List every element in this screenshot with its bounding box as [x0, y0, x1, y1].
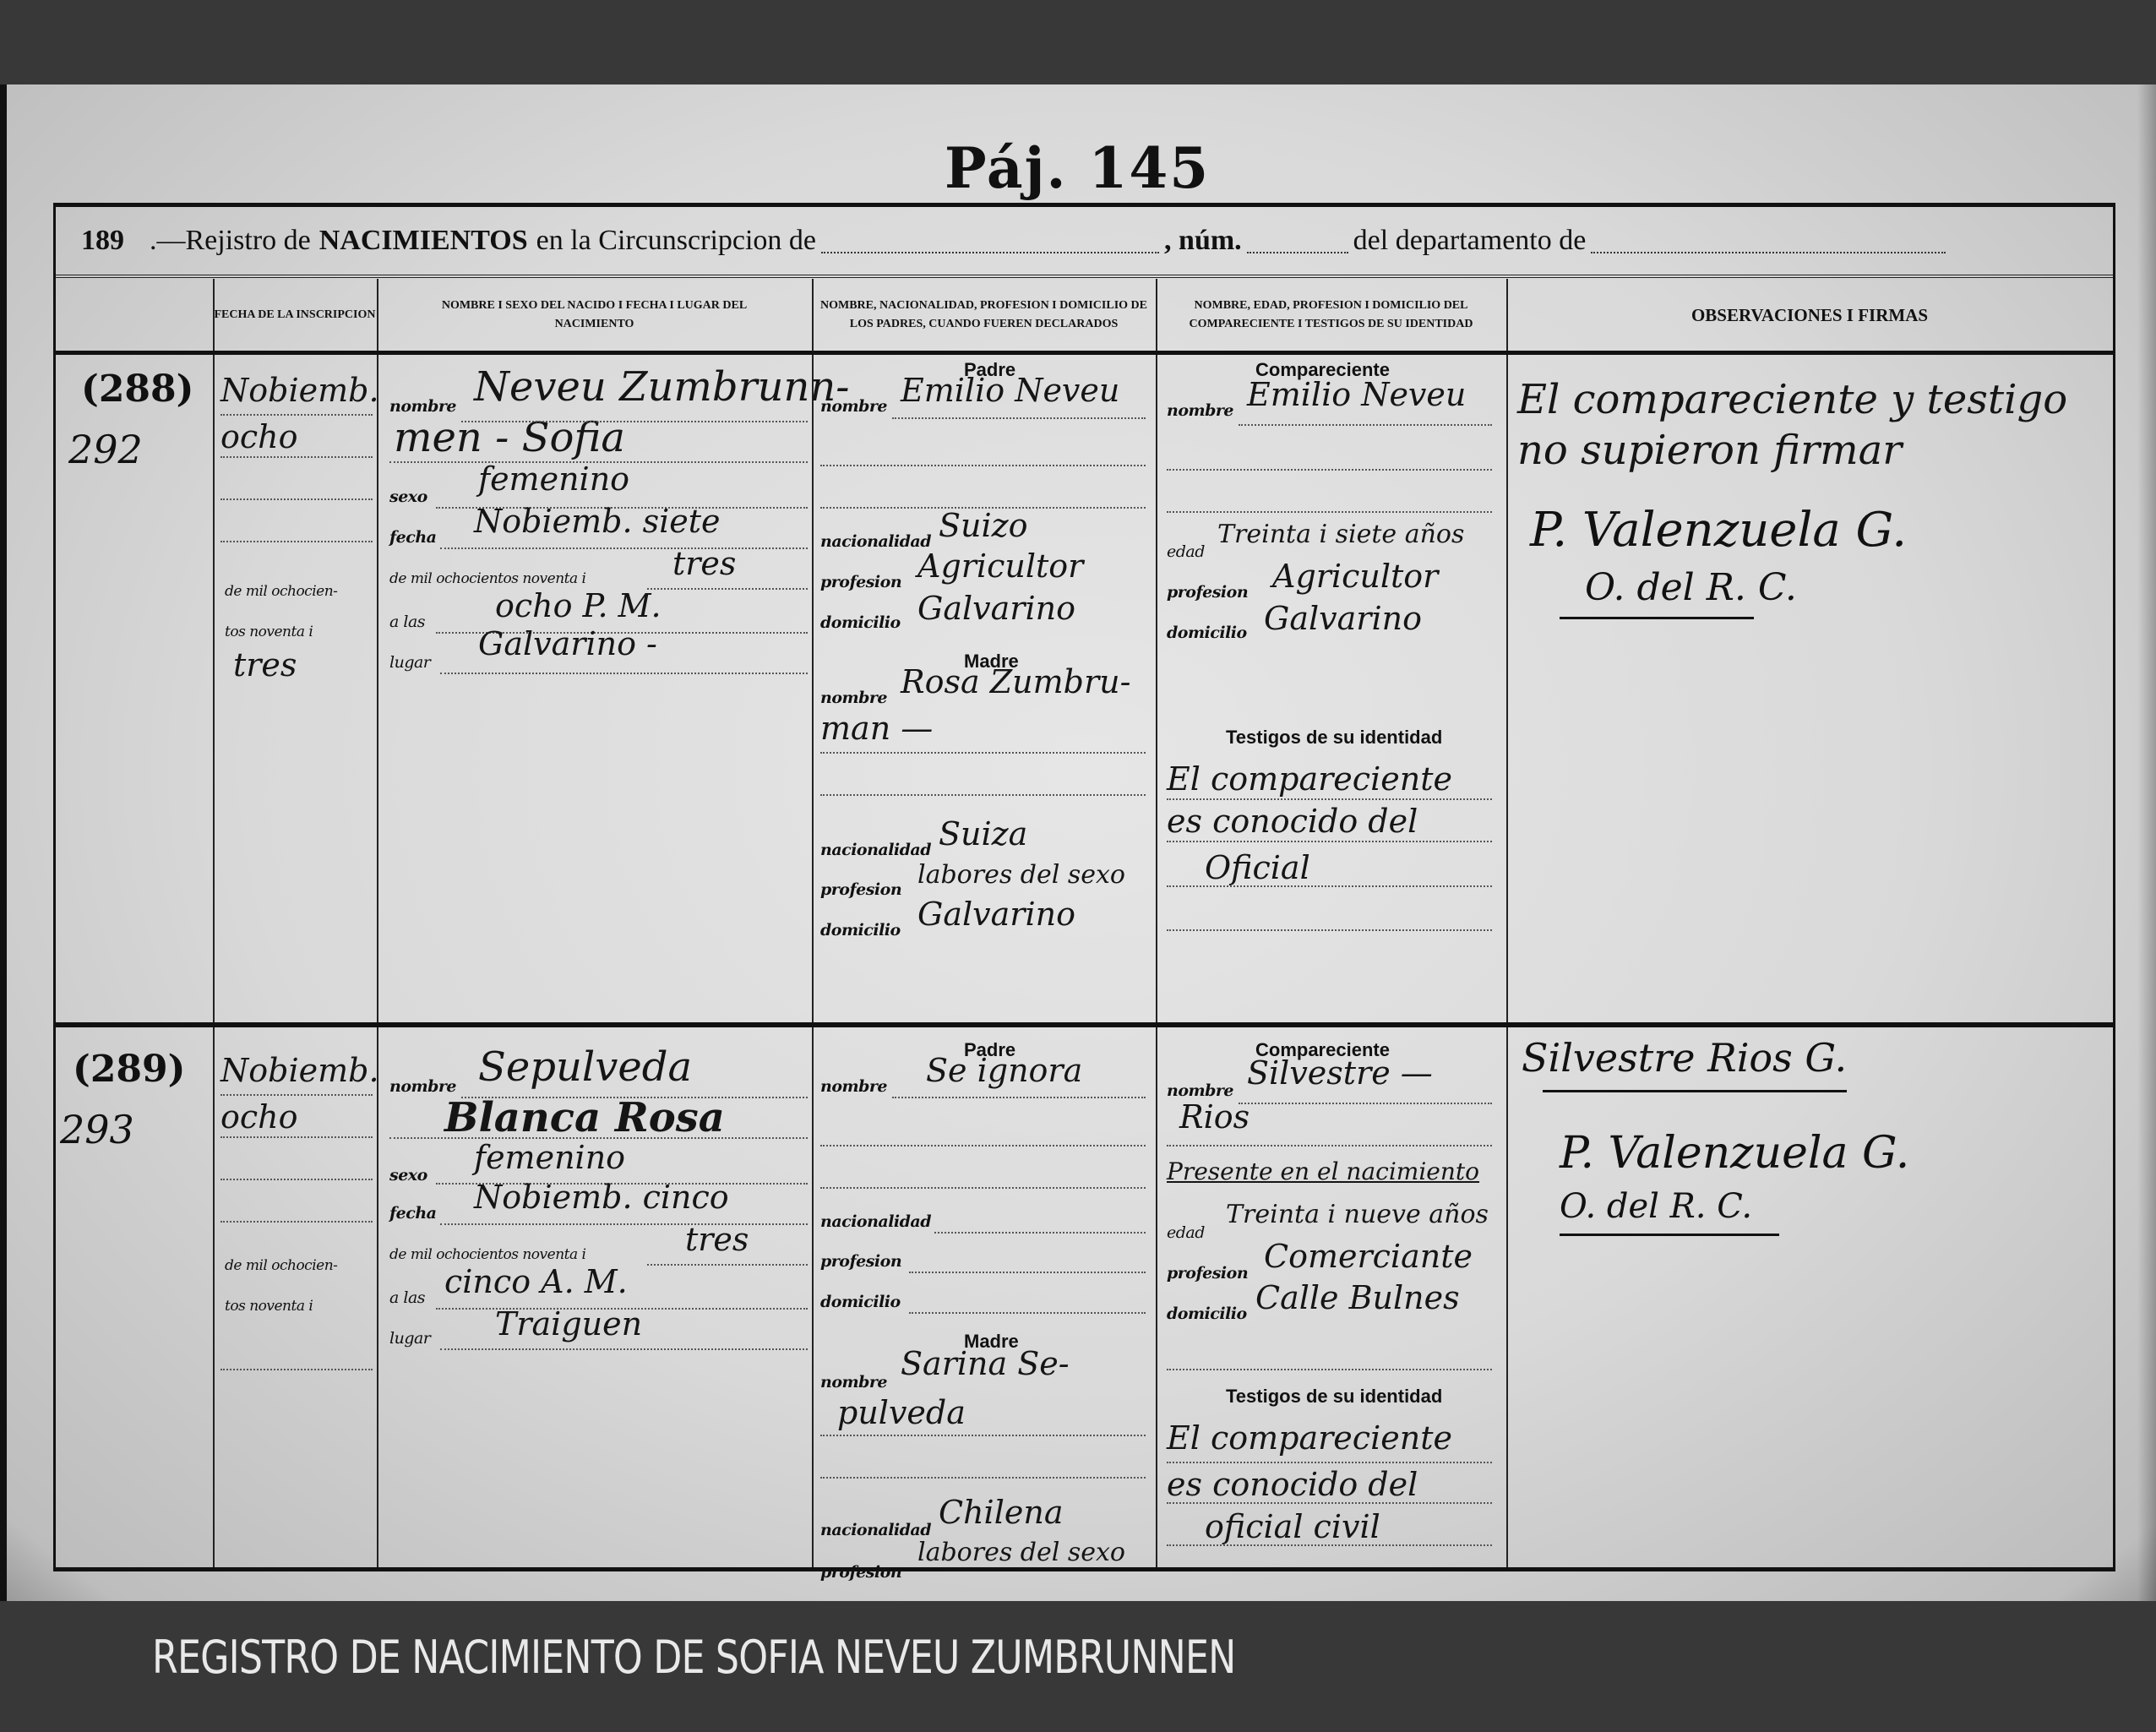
record-alt-number: 293: [60, 1107, 134, 1152]
nacido-hora: cinco A. M.: [444, 1263, 628, 1300]
label-de-mil-2: tos noventa i: [225, 1298, 313, 1315]
label-nacionalidad: nacionalidad: [820, 532, 931, 551]
dotted-line: [1167, 511, 1492, 513]
madre-nombre-1: Sarina Se-: [901, 1345, 1070, 1382]
dotted-line: [820, 1435, 1146, 1436]
signature-underline: [1543, 1090, 1847, 1092]
nacido-year: tres: [672, 545, 736, 582]
label-lugar: lugar: [389, 653, 430, 672]
signature-compareciente: Silvestre Rios G.: [1522, 1035, 1847, 1081]
dotted-line: [440, 1348, 808, 1350]
dotted-line: [1167, 1369, 1492, 1370]
record-number: (288): [81, 368, 193, 411]
circunscripcion-blank: [821, 228, 1159, 253]
madre-nacionalidad: Chilena: [939, 1494, 1063, 1531]
signature-oficial: P. Valenzuela G.: [1560, 1128, 1909, 1179]
label-de-mil-full: de mil ochocientos noventa i: [389, 1246, 585, 1263]
nacido-lugar: Traiguen: [495, 1305, 642, 1343]
dotted-line: [1239, 424, 1492, 426]
label-nombre: nombre: [1167, 1081, 1233, 1100]
dotted-line: [820, 465, 1146, 466]
label-edad: edad: [1167, 542, 1205, 561]
label-edad: edad: [1167, 1223, 1205, 1242]
testigos-line: es conocido del: [1167, 803, 1418, 840]
compareciente-extra: Presente en el nacimiento: [1167, 1157, 1479, 1185]
label-sexo: sexo: [389, 487, 427, 506]
padre-domicilio: Galvarino: [917, 590, 1075, 627]
image-caption: REGISTRO DE NACIMIENTO DE SOFIA NEVEU ZU…: [152, 1631, 1235, 1684]
label-de-mil-2: tos noventa i: [225, 624, 313, 640]
label-domicilio: domicilio: [1167, 1304, 1247, 1323]
label-nombre: nombre: [820, 1373, 887, 1392]
dotted-line: [1239, 1103, 1492, 1104]
record-289: (289) 293 Nobiemb. ocho de mil ochocien-…: [56, 1031, 2113, 1563]
dotted-line: [1167, 1502, 1492, 1504]
nacido-sexo: femenino: [474, 1139, 625, 1176]
nacido-year: tres: [685, 1221, 749, 1258]
nacido-nombre-1: Sepulveda: [478, 1043, 692, 1091]
dotted-line: [220, 498, 373, 500]
observaciones-line: El compareciente y testigo: [1517, 376, 2067, 423]
nacido-hora: ocho P. M.: [495, 587, 661, 624]
num-blank: [1247, 228, 1348, 253]
testigos-line: El compareciente: [1167, 760, 1452, 798]
dotted-line: [220, 1369, 373, 1370]
dotted-line: [440, 1223, 808, 1225]
dotted-line: [820, 752, 1146, 754]
dotted-line: [820, 1187, 1146, 1189]
madre-nombre-1: Rosa Zumbru-: [901, 663, 1130, 700]
label-domicilio: domicilio: [820, 921, 901, 940]
label-a-las: a las: [389, 1288, 425, 1307]
label-profesion: profesion: [820, 573, 901, 591]
record-alt-number: 292: [68, 427, 143, 472]
label-profesion: profesion: [820, 1252, 901, 1271]
compareciente-nombre: Silvestre —: [1247, 1054, 1433, 1092]
compareciente-profesion: Comerciante: [1264, 1238, 1473, 1275]
label-domicilio: domicilio: [820, 1293, 901, 1311]
dotted-line: [461, 421, 808, 422]
dotted-line: [820, 1145, 1146, 1146]
dotted-line: [892, 1097, 1146, 1098]
record-number: (289): [73, 1048, 185, 1091]
nacido-fecha: Nobiemb. siete: [474, 503, 721, 540]
label-domicilio: domicilio: [1167, 624, 1247, 642]
inscripcion-year: tres: [233, 646, 297, 684]
madre-profesion: labores del sexo: [917, 860, 1125, 890]
dotted-line: [220, 1221, 373, 1223]
madre-nacionalidad: Suiza: [939, 815, 1027, 852]
dotted-line: [1167, 1462, 1492, 1463]
madre-nombre-2: pulveda: [837, 1394, 966, 1431]
dept-blank: [1591, 228, 1946, 253]
signature-underline: [1560, 1234, 1779, 1236]
padre-nacionalidad: Suizo: [939, 507, 1028, 544]
inscripcion-month: Nobiemb.: [220, 372, 379, 409]
nacido-nombre-1: Neveu Zumbrunn-: [474, 363, 850, 411]
dotted-line: [220, 1094, 373, 1096]
header-padres: Nombre, nacionalidad, profesion i domici…: [812, 279, 1156, 351]
dept-label: del departamento de: [1353, 225, 1587, 257]
label-profesion: profesion: [1167, 1264, 1248, 1283]
dotted-line: [1167, 885, 1492, 887]
dotted-line: [1167, 798, 1492, 800]
dotted-line: [1167, 841, 1492, 842]
inscripcion-day: ocho: [220, 418, 298, 455]
dotted-line: [934, 1232, 1146, 1234]
label-a-las: a las: [389, 613, 425, 631]
title-text-1: .—Rejistro de: [150, 225, 311, 257]
observaciones-line: no supieron firmar: [1517, 427, 1902, 474]
dotted-line: [440, 547, 808, 549]
dotted-line: [1167, 929, 1492, 931]
padre-nombre: Se ignora: [926, 1052, 1082, 1089]
nacido-fecha: Nobiemb. cinco: [474, 1179, 729, 1216]
dotted-line: [220, 456, 373, 458]
label-nacionalidad: nacionalidad: [820, 1521, 931, 1539]
dotted-line: [909, 1312, 1146, 1314]
dotted-line: [820, 1477, 1146, 1479]
nacido-sexo: femenino: [478, 460, 629, 498]
nacido-lugar: Galvarino -: [478, 625, 657, 662]
title-text-2: en la Circunscripcion de: [536, 225, 816, 257]
header-observaciones: Observaciones i firmas: [1506, 279, 2113, 351]
header-compareciente: Nombre, edad, profesion i domicilio del …: [1156, 279, 1506, 351]
compareciente-profesion: Agricultor: [1272, 558, 1438, 595]
label-domicilio: domicilio: [820, 613, 901, 632]
signature-oficial: P. Valenzuela G.: [1530, 503, 1907, 558]
signature-oficial-title: O. del R. C.: [1585, 566, 1797, 609]
testigos-line: es conocido del: [1167, 1466, 1418, 1503]
label-sexo: sexo: [389, 1166, 427, 1185]
num-label: , núm.: [1164, 225, 1242, 257]
compareciente-edad: Treinta i nueve años: [1226, 1200, 1489, 1229]
compareciente-domicilio: Galvarino: [1264, 600, 1422, 637]
dotted-line: [220, 414, 373, 416]
page-number: Páj. 145: [945, 135, 1210, 201]
dotted-line: [820, 794, 1146, 796]
compareciente-domicilio: Calle Bulnes: [1255, 1279, 1460, 1316]
compareciente-nombre: Emilio Neveu: [1247, 376, 1466, 413]
label-profesion: profesion: [820, 880, 901, 899]
label-nombre: nombre: [389, 397, 456, 416]
madre-nombre-2: man —: [820, 710, 933, 747]
testigos-line: oficial civil: [1205, 1508, 1380, 1545]
label-testigos: Testigos de su identidad: [1226, 1386, 1442, 1408]
form-title: 189 .—Rejistro de NACIMIENTOS en la Circ…: [56, 207, 2113, 278]
label-nombre: nombre: [820, 689, 887, 707]
header-fecha: Fecha de la inscripcion: [213, 279, 377, 351]
label-nacionalidad: nacionalidad: [820, 841, 931, 859]
label-nombre: nombre: [1167, 401, 1233, 420]
label-nombre: nombre: [389, 1077, 456, 1096]
dotted-line: [440, 673, 808, 674]
document-scan: Páj. 145 189 .—Rejistro de NACIMIENTOS e…: [0, 84, 2156, 1601]
label-testigos: Testigos de su identidad: [1226, 727, 1442, 749]
label-fecha: fecha: [389, 1204, 436, 1223]
year-prefix: 189: [81, 225, 124, 257]
nacido-nombre-2: Blanca Rosa: [444, 1094, 725, 1141]
label-lugar: lugar: [389, 1329, 430, 1348]
dotted-line: [220, 541, 373, 542]
header-nacido: Nombre i sexo del nacido i fecha i lugar…: [377, 279, 812, 351]
signature-underline: [1560, 617, 1754, 619]
padre-nombre: Emilio Neveu: [901, 372, 1119, 409]
dotted-line: [909, 1272, 1146, 1273]
signature-oficial-title: O. del R. C.: [1560, 1187, 1752, 1226]
madre-domicilio: Galvarino: [917, 896, 1075, 933]
label-de-mil-full: de mil ochocientos noventa i: [389, 570, 585, 587]
label-profesion: profesion: [820, 1563, 901, 1582]
dotted-line: [1167, 469, 1492, 471]
label-nacionalidad: nacionalidad: [820, 1212, 931, 1231]
birth-register-table: 189 .—Rejistro de NACIMIENTOS en la Circ…: [53, 203, 2115, 1571]
label-fecha: fecha: [389, 528, 436, 547]
madre-profesion: labores del sexo: [917, 1538, 1125, 1567]
label-nombre: nombre: [820, 397, 887, 416]
dotted-line: [647, 1264, 808, 1266]
label-de-mil-1: de mil ochocien-: [225, 1257, 337, 1274]
inscripcion-day: ocho: [220, 1098, 298, 1136]
dotted-line: [220, 1136, 373, 1138]
dotted-line: [647, 588, 808, 590]
padre-profesion: Agricultor: [917, 547, 1083, 585]
testigos-line: Oficial: [1205, 849, 1310, 886]
dotted-line: [892, 417, 1146, 419]
label-de-mil-1: de mil ochocien-: [225, 583, 337, 600]
record-288: (288) 292 Nobiemb. ocho de mil ochocien-…: [56, 355, 2113, 1027]
dotted-line: [461, 1097, 808, 1098]
compareciente-edad: Treinta i siete años: [1217, 520, 1464, 549]
testigos-line: El compareciente: [1167, 1419, 1452, 1457]
dotted-line: [1167, 1544, 1492, 1546]
label-profesion: profesion: [1167, 583, 1248, 602]
dotted-line: [220, 1179, 373, 1180]
inscripcion-month: Nobiemb.: [220, 1052, 379, 1089]
dotted-line: [1167, 1145, 1492, 1146]
title-bold: NACIMIENTOS: [319, 225, 528, 257]
label-nombre: nombre: [820, 1077, 887, 1096]
